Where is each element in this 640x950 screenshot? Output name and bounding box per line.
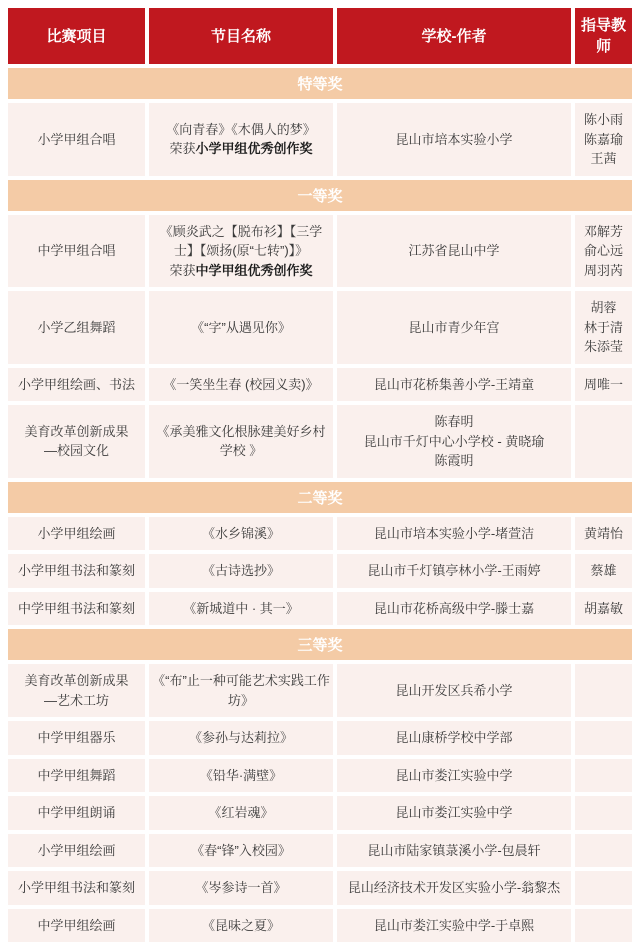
- table-row: 小学甲组书法和篆刻 《古诗选抄》 昆山市千灯镇亭林小学-王雨婷 蔡雄: [8, 554, 632, 588]
- teacher-cell: 陈小雨 陈嘉瑜 王茜: [575, 103, 632, 176]
- section-header-special-prize: 特等奖: [8, 68, 632, 99]
- teacher-cell: 蔡雄: [575, 554, 632, 588]
- school-cell: 江苏省昆山中学: [337, 215, 571, 288]
- program-cell: 《一笑坐生春 (校园义卖)》: [149, 368, 333, 402]
- school-cell: 昆山市培本实验小学-堵萱洁: [337, 517, 571, 551]
- school-cell: 昆山市陆家镇菉溪小学-包晨轩: [337, 834, 571, 868]
- award-prefix: 荣获: [169, 263, 195, 278]
- teacher-cell: [575, 796, 632, 830]
- table-row: 小学甲组合唱 《向青春》《木偶人的梦》 荣获小学甲组优秀创作奖 昆山市培本实验小…: [8, 103, 632, 176]
- program-cell: 《新城道中 · 其一》: [149, 592, 333, 626]
- competition-cell: 中学甲组器乐: [8, 721, 145, 755]
- teacher-name: 朱添莹: [584, 337, 623, 357]
- column-header-teacher: 指导教师: [575, 8, 632, 64]
- teacher-name: 蔡雄: [590, 561, 616, 581]
- teacher-name: 俞心远: [584, 241, 623, 261]
- section-header-third-prize: 三等奖: [8, 629, 632, 660]
- program-cell: 《春“锋”入校园》: [149, 834, 333, 868]
- table-header-row: 比赛项目 节目名称 学校-作者 指导教师: [8, 8, 632, 64]
- award-note: 荣获中学甲组优秀创作奖: [169, 261, 312, 281]
- column-header-competition: 比赛项目: [8, 8, 145, 64]
- school-cell: 昆山开发区兵希小学: [337, 664, 571, 717]
- section-header-first-prize: 一等奖: [8, 180, 632, 211]
- column-header-program: 节目名称: [149, 8, 333, 64]
- school-cell: 陈春明 昆山市千灯中心小学校 - 黄晓瑜 陈霞明: [337, 405, 571, 478]
- teacher-cell: [575, 834, 632, 868]
- competition-cell: 中学甲组舞蹈: [8, 759, 145, 793]
- table-row: 中学甲组合唱 《顾炎武之【脱布衫】【三学士】【颂扬(原“七转”)】》 荣获中学甲…: [8, 215, 632, 288]
- competition-cell: 中学甲组书法和篆刻: [8, 592, 145, 626]
- competition-cell: 美育改革创新成果 —校园文化: [8, 405, 145, 478]
- teacher-name: 黄靖怡: [584, 524, 623, 544]
- program-cell: 《“布”止一种可能艺术实践工作坊》: [149, 664, 333, 717]
- table-row: 中学甲组器乐 《参孙与达莉拉》 昆山康桥学校中学部: [8, 721, 632, 755]
- teacher-name: 胡蓉: [590, 298, 616, 318]
- award-name: 中学甲组优秀创作奖: [196, 263, 313, 278]
- competition-label: 美育改革创新成果: [24, 422, 128, 442]
- table-row: 中学甲组朗诵 《红岩魂》 昆山市娄江实验中学: [8, 796, 632, 830]
- school-cell: 昆山市花桥集善小学-王靖童: [337, 368, 571, 402]
- competition-cell: 小学甲组绘画: [8, 834, 145, 868]
- table-row: 小学甲组书法和篆刻 《岑参诗一首》 昆山经济技术开发区实验小学-翁黎杰: [8, 871, 632, 905]
- school-cell: 昆山市娄江实验中学: [337, 759, 571, 793]
- teacher-cell: [575, 664, 632, 717]
- program-cell: 《参孙与达莉拉》: [149, 721, 333, 755]
- table-row: 中学甲组绘画 《昆味之夏》 昆山市娄江实验中学-于卓熙: [8, 909, 632, 943]
- award-note: 荣获小学甲组优秀创作奖: [169, 139, 312, 159]
- school-cell: 昆山市娄江实验中学: [337, 796, 571, 830]
- teacher-cell: [575, 721, 632, 755]
- table-row: 小学乙组舞蹈 《“字”从遇见你》 昆山市青少年宫 胡蓉 林于清 朱添莹: [8, 291, 632, 364]
- program-title: 《顾炎武之【脱布衫】【三学士】【颂扬(原“七转”)】》: [152, 222, 330, 261]
- teacher-name: 王茜: [590, 149, 616, 169]
- program-cell: 《“字”从遇见你》: [149, 291, 333, 364]
- table-row: 美育改革创新成果 —艺术工坊 《“布”止一种可能艺术实践工作坊》 昆山开发区兵希…: [8, 664, 632, 717]
- school-cell: 昆山市娄江实验中学-于卓熙: [337, 909, 571, 943]
- award-prefix: 荣获: [169, 141, 195, 156]
- program-cell: 《昆味之夏》: [149, 909, 333, 943]
- competition-cell: 小学甲组书法和篆刻: [8, 871, 145, 905]
- competition-label: 美育改革创新成果: [24, 671, 128, 691]
- teacher-cell: [575, 405, 632, 478]
- teacher-cell: [575, 759, 632, 793]
- school-author-line: 陈春明: [434, 412, 473, 432]
- teacher-cell: 邓解芳 俞心远 周羽芮: [575, 215, 632, 288]
- school-cell: 昆山康桥学校中学部: [337, 721, 571, 755]
- table-row: 中学甲组书法和篆刻 《新城道中 · 其一》 昆山市花桥高级中学-滕士嘉 胡嘉敏: [8, 592, 632, 626]
- teacher-name: 陈嘉瑜: [584, 130, 623, 150]
- competition-cell: 小学乙组舞蹈: [8, 291, 145, 364]
- competition-cell: 小学甲组书法和篆刻: [8, 554, 145, 588]
- competition-label: —校园文化: [44, 441, 109, 461]
- teacher-name: 胡嘉敏: [584, 599, 623, 619]
- column-header-school-author: 学校-作者: [337, 8, 571, 64]
- competition-cell: 中学甲组合唱: [8, 215, 145, 288]
- teacher-name: 陈小雨: [584, 110, 623, 130]
- teacher-cell: 周唯一: [575, 368, 632, 402]
- teacher-name: 邓解芳: [584, 222, 623, 242]
- table-row: 小学甲组绘画 《春“锋”入校园》 昆山市陆家镇菉溪小学-包晨轩: [8, 834, 632, 868]
- section-header-second-prize: 二等奖: [8, 482, 632, 513]
- table-row: 中学甲组舞蹈 《铅华·满壁》 昆山市娄江实验中学: [8, 759, 632, 793]
- teacher-cell: 胡蓉 林于清 朱添莹: [575, 291, 632, 364]
- teacher-cell: [575, 909, 632, 943]
- teacher-cell: 胡嘉敏: [575, 592, 632, 626]
- school-author-line: 陈霞明: [434, 451, 473, 471]
- school-cell: 昆山市花桥高级中学-滕士嘉: [337, 592, 571, 626]
- school-author-line: 昆山市千灯中心小学校 - 黄晓瑜: [364, 432, 545, 452]
- teacher-cell: 黄靖怡: [575, 517, 632, 551]
- competition-cell: 中学甲组朗诵: [8, 796, 145, 830]
- competition-cell: 小学甲组绘画、书法: [8, 368, 145, 402]
- program-cell: 《顾炎武之【脱布衫】【三学士】【颂扬(原“七转”)】》 荣获中学甲组优秀创作奖: [149, 215, 333, 288]
- teacher-cell: [575, 871, 632, 905]
- competition-cell: 美育改革创新成果 —艺术工坊: [8, 664, 145, 717]
- program-cell: 《向青春》《木偶人的梦》 荣获小学甲组优秀创作奖: [149, 103, 333, 176]
- competition-label: —艺术工坊: [44, 691, 109, 711]
- awards-table: 比赛项目 节目名称 学校-作者 指导教师 特等奖 小学甲组合唱 《向青春》《木偶…: [0, 0, 640, 950]
- competition-cell: 小学甲组合唱: [8, 103, 145, 176]
- school-cell: 昆山经济技术开发区实验小学-翁黎杰: [337, 871, 571, 905]
- table-row: 美育改革创新成果 —校园文化 《承美雅文化根脉建美好乡村学校 》 陈春明 昆山市…: [8, 405, 632, 478]
- competition-cell: 小学甲组绘画: [8, 517, 145, 551]
- program-cell: 《铅华·满壁》: [149, 759, 333, 793]
- table-row: 小学甲组绘画 《水乡锦溪》 昆山市培本实验小学-堵萱洁 黄靖怡: [8, 517, 632, 551]
- school-cell: 昆山市青少年宫: [337, 291, 571, 364]
- school-cell: 昆山市培本实验小学: [337, 103, 571, 176]
- school-cell: 昆山市千灯镇亭林小学-王雨婷: [337, 554, 571, 588]
- program-cell: 《承美雅文化根脉建美好乡村学校 》: [149, 405, 333, 478]
- teacher-name: 周唯一: [584, 375, 623, 395]
- teacher-name: 周羽芮: [584, 261, 623, 281]
- program-cell: 《岑参诗一首》: [149, 871, 333, 905]
- award-name: 小学甲组优秀创作奖: [196, 141, 313, 156]
- competition-cell: 中学甲组绘画: [8, 909, 145, 943]
- program-title: 《向青春》《木偶人的梦》: [166, 120, 316, 140]
- program-cell: 《红岩魂》: [149, 796, 333, 830]
- table-row: 小学甲组绘画、书法 《一笑坐生春 (校园义卖)》 昆山市花桥集善小学-王靖童 周…: [8, 368, 632, 402]
- teacher-name: 林于清: [584, 318, 623, 338]
- program-cell: 《古诗选抄》: [149, 554, 333, 588]
- program-cell: 《水乡锦溪》: [149, 517, 333, 551]
